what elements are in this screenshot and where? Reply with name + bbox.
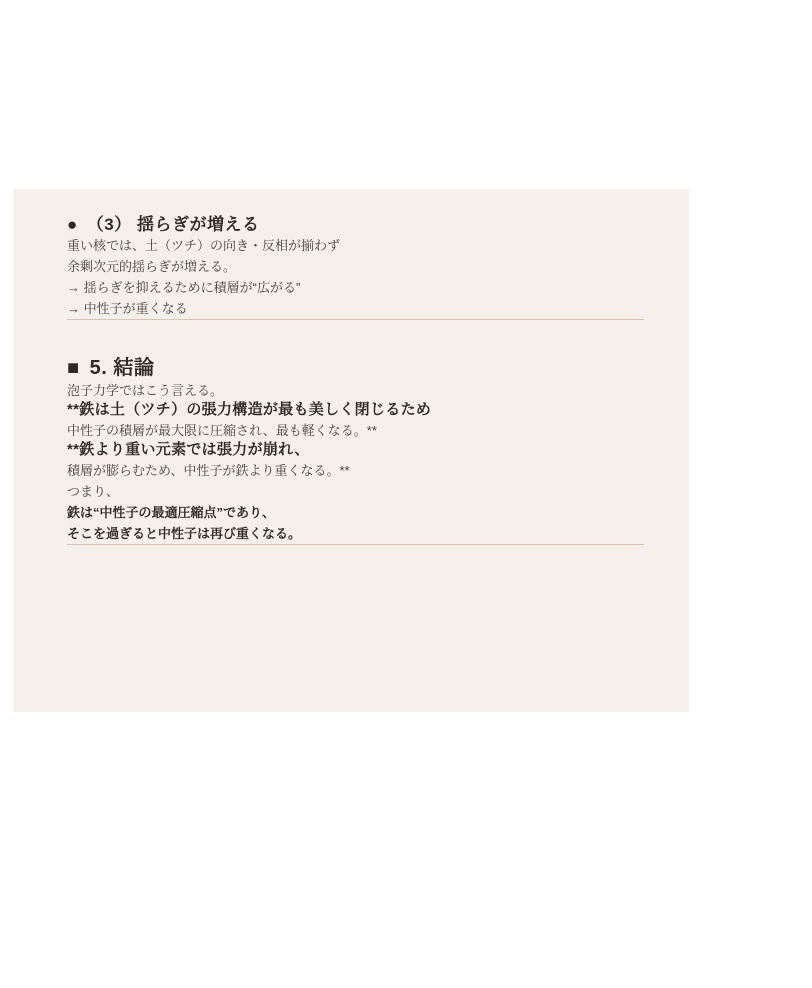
page: ●（3） 揺らぎが増える 重い核では、土（ツチ）の向き・反相が揃わず 余剰次元的… [0,0,812,988]
arrow-line: → 揺らぎを抑えるために積層が“広がる” [67,277,644,298]
section-fluctuation: ●（3） 揺らぎが増える 重い核では、土（ツチ）の向き・反相が揃わず 余剰次元的… [67,215,644,320]
message-card: ●（3） 揺らぎが増える 重い核では、土（ツチ）の向き・反相が揃わず 余剰次元的… [13,189,689,712]
claim2-body: 積層が膨らむため、中性子が鉄より重くなる。** [67,460,644,481]
fluctuation-arrow-list: → 揺らぎを抑えるために積層が“広がる” → 中性子が重くなる [67,277,644,319]
summary-paragraph: つまり、 鉄は“中性子の最適圧縮点”であり、 そこを過ぎると中性子は再び重くなる… [67,481,644,544]
section-conclusion-heading: ■5. 結論 [67,356,644,380]
conclusion-intro: 泡子力学ではこう言える。 [67,380,644,401]
section-fluctuation-heading-text: （3） 揺らぎが増える [87,215,260,234]
bullet-circle-icon: ● [67,215,78,234]
claim1-heading: **鉄は土（ツチ）の張力構造が最も美しく閉じるため [67,401,644,420]
fluctuation-paragraph: 重い核では、土（ツチ）の向き・反相が揃わず 余剰次元的揺らぎが増える。 [67,235,644,277]
claim2-heading: **鉄より重い元素では張力が崩れ、 [67,441,644,460]
section-conclusion: ■5. 結論 泡子力学ではこう言える。 **鉄は土（ツチ）の張力構造が最も美しく… [67,356,644,545]
summary-line: つまり、 [67,481,644,502]
summary-line-bold: そこを過ぎると中性子は再び重くなる。 [67,523,644,544]
paragraph-line: 余剰次元的揺らぎが増える。 [67,256,644,277]
summary-line-bold: 鉄は“中性子の最適圧縮点”であり、 [67,502,644,523]
arrow-line: → 中性子が重くなる [67,298,644,319]
section-conclusion-heading-text: 5. 結論 [90,357,155,379]
section-fluctuation-heading: ●（3） 揺らぎが増える [67,215,644,235]
paragraph-line: 重い核では、土（ツチ）の向き・反相が揃わず [67,235,644,256]
section-divider [67,544,644,545]
section-divider [67,319,644,320]
claim1-body: 中性子の積層が最大限に圧縮され、最も軽くなる。** [67,420,644,441]
square-bullet-icon: ■ [67,357,80,379]
